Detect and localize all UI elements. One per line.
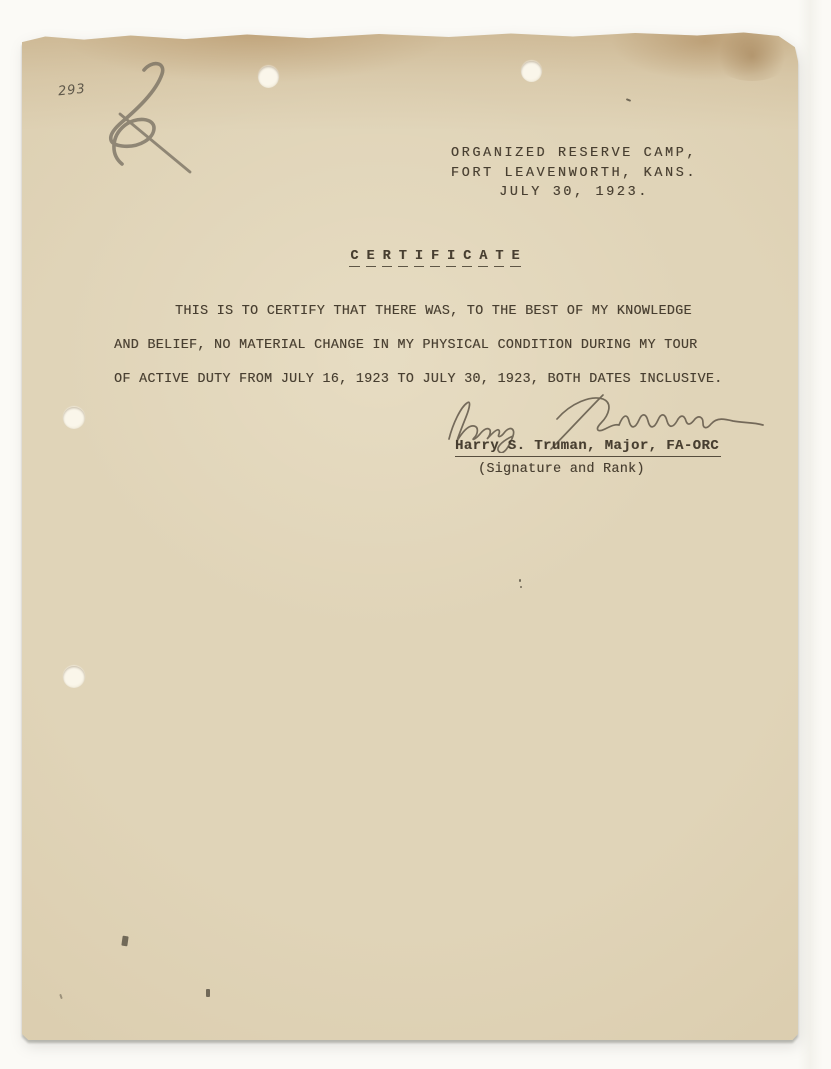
letterhead-line: ORGANIZED RESERVE CAMP,: [428, 144, 720, 164]
body-line: OF ACTIVE DUTY FROM JULY 16, 1923 TO JUL…: [114, 363, 724, 397]
letterhead: ORGANIZED RESERVE CAMP, FORT LEAVENWORTH…: [428, 144, 720, 203]
ink-speck: [520, 586, 522, 588]
paper-sheet: 293 ORGANIZED RESERVE CAMP, FORT LEAVENW…: [22, 31, 798, 1040]
paper-surface: 293 ORGANIZED RESERVE CAMP, FORT LEAVENW…: [22, 31, 798, 1040]
body-line: THIS IS TO CERTIFY THAT THERE WAS, TO TH…: [114, 295, 724, 329]
pencil-page-number: 293: [57, 82, 86, 100]
punch-hole-top-left: [258, 66, 279, 88]
paper-stain: [712, 31, 792, 81]
punch-hole-side-lower: [63, 666, 85, 688]
body-line: AND BELIEF, NO MATERIAL CHANGE IN MY PHY…: [114, 329, 724, 363]
certificate-body: THIS IS TO CERTIFY THAT THERE WAS, TO TH…: [114, 295, 724, 397]
signature-caption: (Signature and Rank): [478, 462, 708, 477]
ink-speck: [519, 579, 521, 582]
ink-speck: [626, 98, 631, 102]
document-scan: 293 ORGANIZED RESERVE CAMP, FORT LEAVENW…: [0, 0, 831, 1069]
ink-smudge: [121, 936, 128, 947]
punch-hole-top-right: [521, 61, 542, 82]
letterhead-line: FORT LEAVENWORTH, KANS.: [428, 164, 720, 184]
punch-hole-side-upper: [63, 407, 85, 429]
ink-smudge: [206, 989, 210, 997]
pencil-scribble: [92, 58, 197, 178]
letterhead-line: JULY 30, 1923.: [428, 183, 720, 203]
typed-signature-name: Harry S. Truman, Major, FA-ORC: [455, 438, 721, 457]
ink-speck: [59, 994, 63, 999]
document-title: CERTIFICATE: [340, 249, 530, 267]
